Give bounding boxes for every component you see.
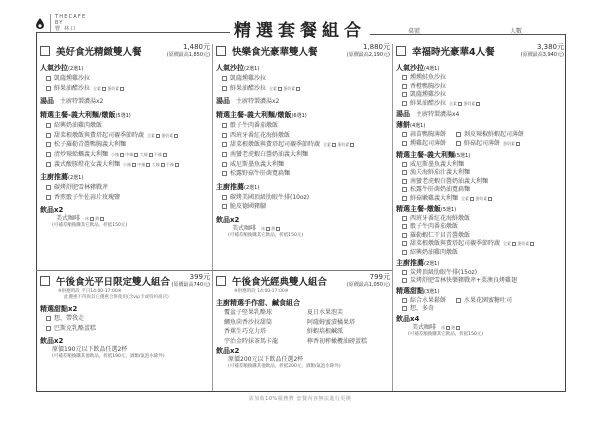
option-item[interactable]: 西班牙番紅花海鮮燉飯 <box>216 131 390 141</box>
option-item[interactable]: 甜菜根燉飯與費塔起司襯季節時蔬全素 蛋奶素 <box>396 240 564 249</box>
checkbox[interactable] <box>46 86 51 91</box>
column-divider <box>212 44 213 391</box>
option-item[interactable]: 清炒辣蛤蠣義大利麵小辣 中辣 大辣 不辣 <box>40 150 210 160</box>
card-title: 午後食光經典雙人組合 <box>232 274 327 288</box>
price: 799元 <box>347 274 390 282</box>
section-heading: 人氣沙拉(2選1) <box>40 63 210 74</box>
option-item[interactable]: 骰子牛肉番茄燉飯 <box>216 121 390 131</box>
option-item[interactable]: 凱薩燻雞沙拉 <box>40 74 210 84</box>
checkbox[interactable] <box>46 76 51 81</box>
soup-section: 湯品主廚特製濃湯x2 <box>40 96 210 107</box>
option-item[interactable]: 想，多奇 <box>396 305 564 314</box>
option-item[interactable]: 西班牙番紅花海鮮燉飯 <box>396 215 564 224</box>
drink-note: (可補差額換購其他飲品，折抵190元，酒類/氣泡水除外) <box>40 354 210 360</box>
option-item[interactable]: 想，帶我走 <box>40 314 210 324</box>
option-item[interactable]: 紹興奶油雞肉燉飯 <box>40 121 210 131</box>
section-heading: 精選主餐-燉飯(5選1) <box>396 204 564 215</box>
section-heading: 薄餅(4選1) <box>396 120 564 131</box>
drink-note: (可補差額換購其他飲品，折抵200元，酒類/氣泡水除外) <box>216 364 390 370</box>
option-item[interactable]: 骰子牛肉番茄燉飯 <box>396 223 564 232</box>
column-divider <box>392 44 393 391</box>
drink-option: 美式咖啡 冰 熱 <box>396 324 564 332</box>
drink-option: 美式咖啡 冰 熱 <box>216 225 390 233</box>
option-item[interactable]: 南蠻老虎蝦白醬奶油義大利麵 <box>216 150 390 160</box>
footer-note: 需加收10%服務費 套餐內容無法進行更換 <box>0 395 600 402</box>
option-item[interactable]: 鮮果油醋沙拉全素 蛋奶素 <box>40 84 210 94</box>
frame-right <box>565 34 566 392</box>
option-item[interactable]: 威尼斯墨魚義大利麵 <box>396 161 564 170</box>
option-item[interactable]: 甜菜根燉飯與費塔起司襯季節時蔬全素 蛋奶素 <box>40 131 210 141</box>
section-heading: 精選主餐-義大利麵/燉飯(6選1) <box>216 110 390 121</box>
original-price: (原價最高2,190元) <box>347 52 390 60</box>
select-checkbox[interactable] <box>216 276 226 286</box>
option-item[interactable]: 碳烤舒肥雪林豬戰斧 <box>40 183 210 193</box>
section-heading: 主廚推薦(2選1) <box>396 258 564 269</box>
section-heading: 精選主餐-義大利麵/燉飯(5選1) <box>40 110 210 121</box>
frame-bottom <box>36 391 566 392</box>
option-item[interactable]: 威尼斯墨魚義大利麵 <box>216 160 390 170</box>
drink-heading: 飲品x2 <box>40 336 210 346</box>
price: 1,880元 <box>347 44 390 52</box>
option-item[interactable]: 碳烤美國頂級肋眼牛排(10oz) <box>216 193 390 203</box>
set-meal-card: 美好食光精緻雙人餐 1,480元(原價最高1,850元) 人氣沙拉(2選1) 凱… <box>40 44 210 229</box>
drink-note: (可補差額換購其它飲品，折抵150元) <box>216 233 390 239</box>
card-title: 快樂食光豪華雙人餐 <box>232 44 318 58</box>
card-title: 午後食光平日限定雙人組合 <box>56 274 170 288</box>
drop-icon <box>36 18 44 29</box>
restriction-note: 此優惠不得與其它優惠合併使用(含vip卡或特約商店) <box>40 295 210 301</box>
original-price: (原價最高1,050元) <box>347 282 390 290</box>
set-meal-card: 快樂食光豪華雙人餐 1,880元(原價最高2,190元) 人氣沙拉(2選1) 凱… <box>216 44 390 239</box>
option-item[interactable]: 鮮果油醋沙拉全素 蛋奶素 <box>396 100 564 109</box>
card-title: 美好食光精緻雙人餐 <box>56 44 142 58</box>
original-price: (原價最高3,940元) <box>521 52 564 60</box>
set-meal-card: 幸福時光豪華4人餐 3,380元(原價最高3,940元) 人氣沙拉(4選1) 燻… <box>396 44 564 338</box>
option-item[interactable]: 炭烤舒肥雪林快樂豬戰斧+栗澳良烤雞翅 <box>396 277 564 286</box>
option-item[interactable]: 松露野菇牛肝菌寬扁麵 <box>216 169 390 179</box>
select-checkbox[interactable] <box>40 46 50 56</box>
combo-heading: 主廚精選手作甜、鹹食組合 <box>216 298 390 308</box>
page-title: 精選套餐組合 <box>234 16 366 41</box>
option-item[interactable]: 燻燻鮭魚沙拉 <box>396 74 564 83</box>
drink-heading: 飲品x2 <box>216 346 390 356</box>
section-heading: 主廚推薦(2選1) <box>216 182 390 193</box>
option-item[interactable]: 漁夫海鮮茄汁義大利麵 <box>396 169 564 178</box>
card-title: 幸福時光豪華4人餐 <box>412 44 495 58</box>
select-checkbox[interactable] <box>40 276 50 286</box>
combo-items: 覆盆子堅果乳酪球夏日水果泡芙 鯛魚茴香沙拉甜筒阿薩姆蜜漬橘果塔 香蕉生巧克力塔鮮… <box>216 308 390 346</box>
soup-section: 湯品主廚特製濃湯x4 <box>396 109 564 120</box>
serving-time: ※供應時段 14:00-17:00※ <box>216 289 390 295</box>
option-item[interactable]: 巴斯克乳酪蛋糕 <box>40 324 210 334</box>
section-heading: 精選主餐-義大利麵(5選1) <box>396 150 564 161</box>
row-divider <box>36 270 212 271</box>
header-rule <box>36 32 230 33</box>
section-heading: 精選甜點(3選1) <box>396 286 564 297</box>
option-item[interactable]: 松露牛肝菌奶油寬扁麵 <box>396 186 564 195</box>
option-item[interactable]: 甜菜根燉飯與費塔起司襯季節時蔬全素 蛋奶素 <box>216 140 390 150</box>
original-price: (原價最高740元) <box>172 282 210 290</box>
drink-option: 原價200元以下飲品任選2杯 <box>216 356 390 364</box>
option-row: 燻雞起司薄餅鮮菇起司薄餅蛋奶素 <box>396 140 564 149</box>
option-item[interactable]: 凱薩燻雞沙拉 <box>396 91 564 100</box>
brand-logo: THECAFE BY 豐 林口 <box>36 14 86 32</box>
section-heading: 人氣沙拉(2選1) <box>216 63 390 74</box>
drink-heading: 飲品x4 <box>396 314 564 324</box>
section-heading: 主廚推薦(2選1) <box>40 172 210 183</box>
select-checkbox[interactable] <box>396 46 406 56</box>
price: 3,380元 <box>521 44 564 52</box>
option-item[interactable]: 香橙鴨胸沙拉 <box>396 83 564 92</box>
original-price: (原價最高1,850元) <box>167 52 210 60</box>
dessert-heading: 精選甜點x2 <box>40 304 210 314</box>
option-item[interactable]: 炭烤頂級肋眼牛排(15oz) <box>396 269 564 278</box>
soup-section: 湯品主廚特製濃湯x2 <box>216 96 390 107</box>
option-item[interactable]: 松子羅勒青醬鴨胸義大利麵 <box>40 140 210 150</box>
option-item[interactable]: 凱薩燻雞沙拉 <box>216 74 390 84</box>
option-item[interactable]: 鮮果油醋沙拉全素 蛋奶素 <box>216 84 390 94</box>
drink-heading: 飲品x2 <box>40 205 210 215</box>
drink-heading: 飲品x2 <box>216 215 390 225</box>
frame-left <box>36 32 37 392</box>
option-row: 蒜苗鴨胸薄餅剝皮辣椒鮮蝦起司薄餅 <box>396 131 564 140</box>
price: 1,480元 <box>167 44 210 52</box>
option-item[interactable]: 義式酸豚燈花女義大利麵小辣 中辣 大辣 不辣 <box>40 160 210 170</box>
row-divider <box>212 270 392 271</box>
option-item[interactable]: 鮮菇嫩雞義大利麵全素 蛋奶素 <box>396 195 564 204</box>
section-heading: 人氣沙拉(4選1) <box>396 63 564 74</box>
drink-option: 原價190元以下飲品任選2杯 <box>40 346 210 354</box>
option-item[interactable]: 紹興奶油雞肉燉飯 <box>396 249 564 258</box>
option-row: 綜合水果鬆餅水果花園蜜糖吐司 <box>396 297 564 306</box>
drink-note: (可補差額換購其它飲品，折抵150元) <box>396 332 564 338</box>
set-meal-card: 午後食光經典雙人組合 799元(原價最高1,050元) ※供應時段 14:00-… <box>216 274 390 370</box>
drink-note: (可補差額換購其它飲品，折抵150元) <box>40 223 210 229</box>
option-item[interactable]: 脆皮德國豬腳 <box>216 202 390 212</box>
option-item[interactable]: 香煎骰子牛佐蒜片玫瑰鹽 <box>40 193 210 203</box>
set-meal-card: 午後食光平日限定雙人組合 399元(原價最高740元) ※供應時段 平日14:0… <box>40 274 210 360</box>
header-rule <box>370 34 566 35</box>
select-checkbox[interactable] <box>216 46 226 56</box>
price: 399元 <box>172 274 210 282</box>
